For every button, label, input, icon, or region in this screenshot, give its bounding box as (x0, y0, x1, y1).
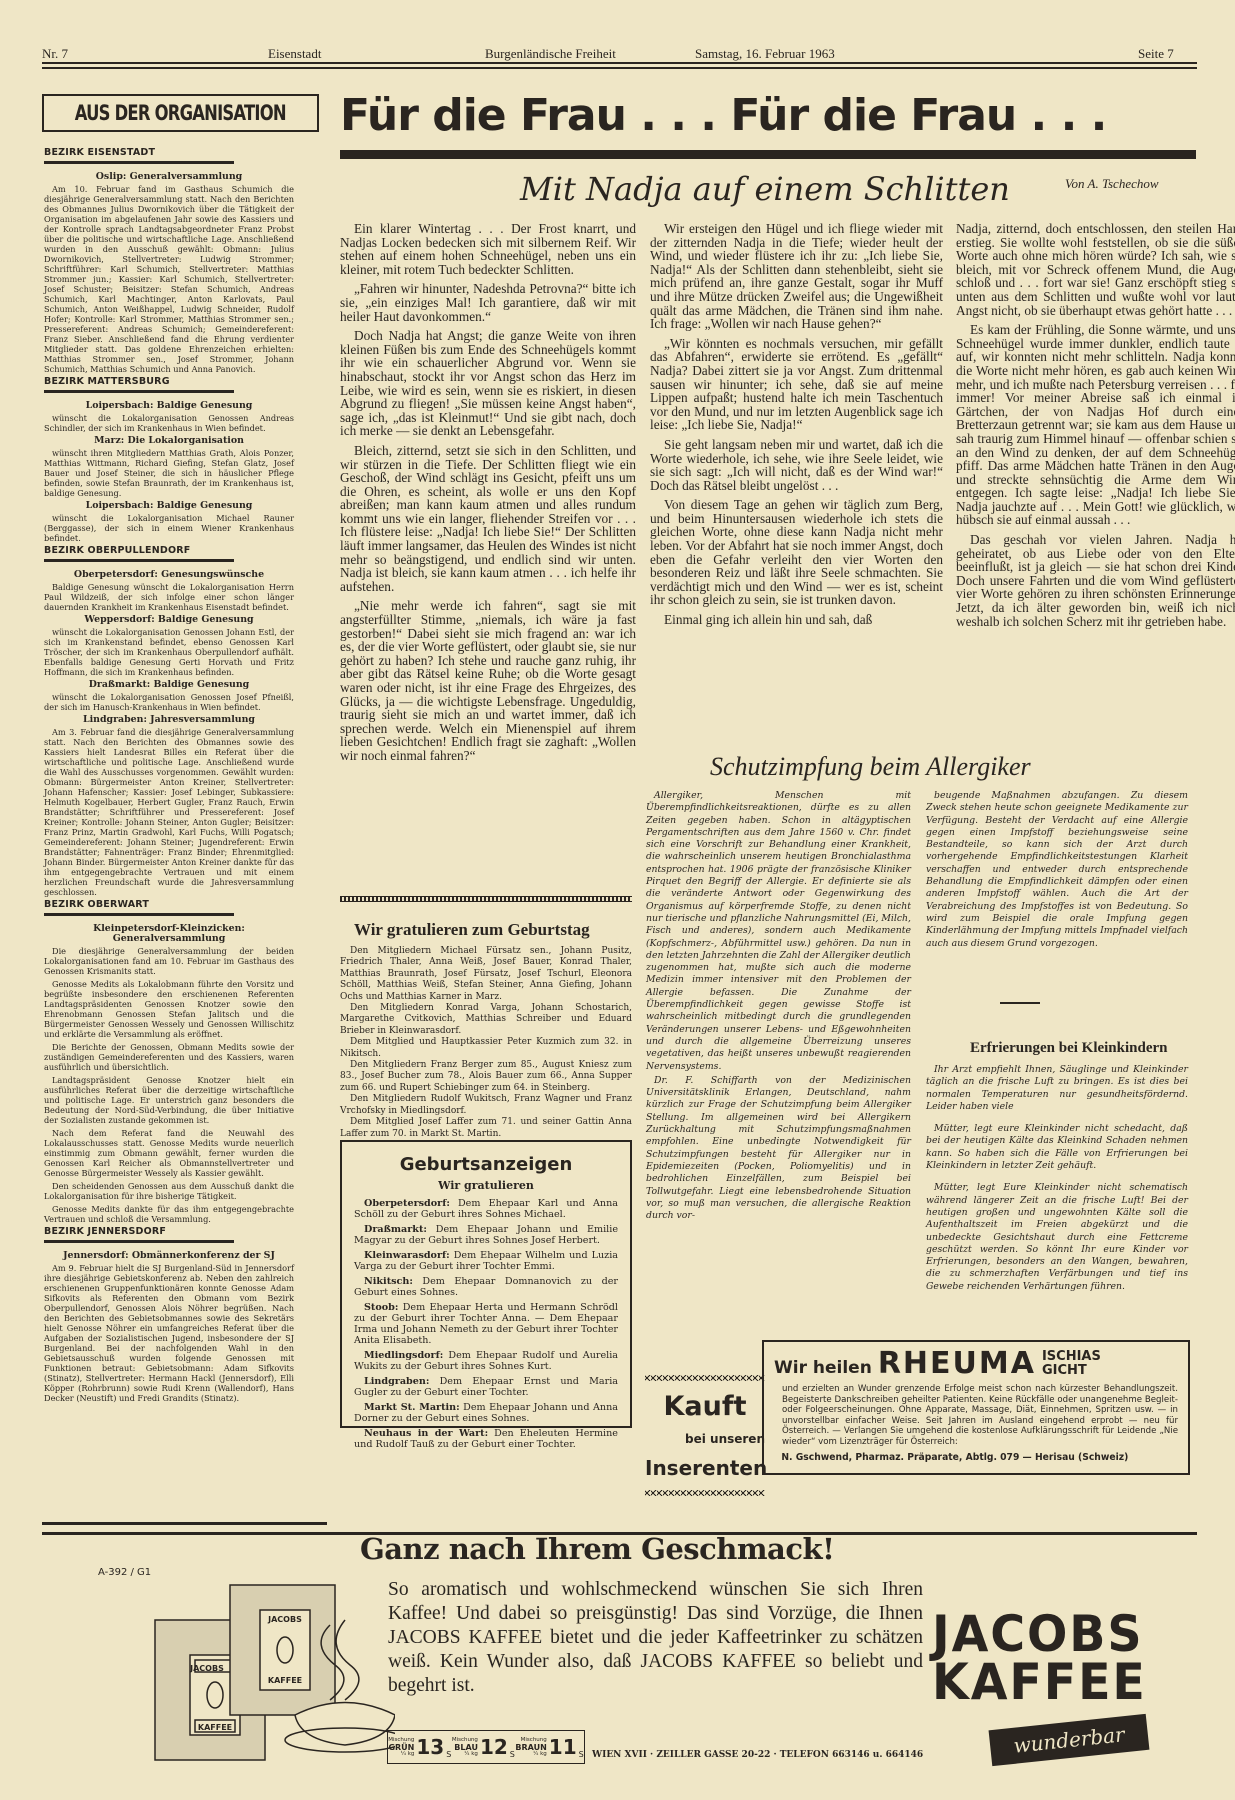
svg-text:KAFFEE: KAFFEE (198, 1723, 232, 1732)
birth-entry: Markt St. Martin: Dem Ehepaar Johann und… (354, 1402, 618, 1424)
kauft-line1: Kauft (645, 1391, 765, 1422)
rheuma-side2: GICHT (1042, 1363, 1087, 1378)
blend-name: BLAU (452, 1744, 478, 1751)
story-column-3: Nadja, zitternd, doch entschlossen, den … (956, 222, 1235, 634)
frostbite-paragraph: Ihr Arzt empfiehlt Ihnen, Säuglinge und … (926, 1064, 1188, 1113)
item-text: wünscht ihren Mitgliedern Matthias Grath… (44, 448, 294, 498)
rheuma-headline: RHEUMA (878, 1350, 1036, 1378)
birth-place: Kleinwarasdorf: (364, 1250, 450, 1261)
item-heading: Jennersdorf: Obmännerkonferenz der SJ (44, 1251, 294, 1261)
org-section-title: AUS DER ORGANISATION (42, 94, 319, 132)
birth-entry: Draßmarkt: Dem Ehepaar Johann und Emilie… (354, 1224, 618, 1246)
jacobs-address: WIEN XVII · ZEILLER GASSE 20-22 · TELEFO… (592, 1750, 923, 1760)
frostbite-text: Ihr Arzt empfiehlt Ihnen, Säuglinge und … (926, 1064, 1188, 1303)
item-text: wünscht die Lokalorganisation Genossen A… (44, 413, 294, 433)
short-divider (1000, 1002, 1040, 1004)
item-heading: Draßmarkt: Baldige Genesung (44, 680, 294, 690)
story-paragraph: Einmal ging ich allein hin und sah, daß (650, 613, 943, 627)
currency: S (446, 1750, 451, 1759)
birth-entry: Lindgraben: Dem Ehepaar Ernst und Maria … (354, 1376, 618, 1398)
district-heading: BEZIRK EISENSTADT (44, 148, 294, 158)
birthday-title: Wir gratulieren zum Geburtstag (354, 920, 632, 940)
zigzag-border (645, 1490, 765, 1496)
rheuma-side1: ISCHIAS (1042, 1349, 1101, 1364)
kauft-line3: Inserenten (645, 1456, 765, 1480)
births-subtitle: Wir gratulieren (354, 1179, 618, 1192)
birthday-entry: Den Mitgliedern Michael Fürsatz sen., Jo… (340, 946, 632, 1003)
currency: S (510, 1750, 515, 1759)
item-heading: Oslip: Generalversammlung (44, 172, 294, 182)
district-heading: BEZIRK MATTERSBURG (44, 377, 294, 387)
rheuma-lead: Wir heilen (774, 1358, 872, 1378)
masthead-rule (42, 62, 1197, 69)
birth-place: Miedlingsdorf: (364, 1350, 443, 1361)
district-rule (44, 913, 234, 916)
birth-entry: Stoob: Dem Ehepaar Herta und Hermann Sch… (354, 1302, 618, 1346)
org-column: BEZIRK EISENSTADTOslip: Generalversammlu… (44, 148, 294, 1406)
coffee-tins-illustration: JACOBS KAFFEE JACOBS KAFFEE (95, 1565, 395, 1765)
kauft-line2: bei unseren (645, 1432, 765, 1446)
org-end-rule (42, 1522, 327, 1525)
birthday-entry: Dem Mitglied und Hauptkassier Peter Kuzm… (340, 1037, 632, 1060)
svg-text:KAFFEE: KAFFEE (268, 1676, 302, 1685)
item-heading: Loipersbach: Baldige Genesung (44, 501, 294, 511)
item-text: Die diesjährige Generalversammlung der b… (44, 946, 294, 976)
story-column-2: Wir ersteigen den Hügel und ich fliege w… (650, 222, 943, 633)
birth-entry: Oberpetersdorf: Dem Ehepaar Karl und Ann… (354, 1198, 618, 1220)
item-text: Baldige Genesung wünscht die Lokalorgani… (44, 582, 294, 612)
birth-entry: Kleinwarasdorf: Dem Ehepaar Wilhelm und … (354, 1250, 618, 1272)
wunderbar-badge: wunderbar (989, 1714, 1150, 1766)
birth-place: Neuhaus in der Wart: (364, 1428, 488, 1439)
story-paragraph: Doch Nadja hat Angst; die ganze Weite vo… (340, 329, 636, 438)
divider (340, 896, 632, 902)
story-paragraph: Es kam der Frühling, die Sonne wärmte, u… (956, 323, 1235, 527)
item-heading: Kleinpetersdorf-Kleinzicken: Generalvers… (44, 924, 294, 944)
jacobs-body: So aromatisch und wohlschmeckend wünsche… (388, 1578, 923, 1698)
item-text: Am 9. Februar hielt die SJ Burgenland-Sü… (44, 1263, 294, 1403)
price-item: MischungBRAUN¼ kg11S (515, 1735, 583, 1759)
price-value: 12 (480, 1735, 508, 1759)
birth-place: Draßmarkt: (364, 1224, 427, 1235)
item-text: Genosse Medits dankte für das ihm entgeg… (44, 1204, 294, 1224)
item-text: wünscht die Lokalorganisation Genossen J… (44, 627, 294, 677)
price-item: MischungBLAU¼ kg12S (452, 1735, 515, 1759)
place: Eisenstadt (268, 46, 321, 62)
rheuma-ad: Wir heilen RHEUMA ISCHIASGICHT und erzie… (762, 1340, 1190, 1475)
district-rule (44, 559, 234, 562)
item-heading: Lindgraben: Jahresversammlung (44, 715, 294, 725)
story-paragraph: Bleich, zitternd, setzt sie sich in den … (340, 444, 636, 594)
price-value: 13 (416, 1735, 444, 1759)
jacobs-brand: JACOBS KAFFEE (932, 1610, 1147, 1706)
price-box: MischungGRÜN¼ kg13SMischungBLAU¼ kg12SMi… (387, 1730, 585, 1764)
item-text: Nach dem Referat fand die Neuwahl des Lo… (44, 1128, 294, 1178)
birthday-entry: Dem Mitglied Josef Laffer zum 71. und se… (340, 1117, 632, 1140)
district-rule (44, 390, 234, 393)
birth-entry: Neuhaus in der Wart: Den Eheleuten Hermi… (354, 1428, 618, 1450)
story-author: Von A. Tschechow (1065, 176, 1159, 192)
currency: S (579, 1750, 584, 1759)
birthday-list: Den Mitgliedern Michael Fürsatz sen., Jo… (340, 946, 632, 1140)
story-column-1: Ein klarer Wintertag . . . Der Frost kna… (340, 222, 636, 769)
price-label: MischungGRÜN¼ kg (388, 1737, 414, 1758)
issue-date: Samstag, 16. Februar 1963 (695, 46, 835, 62)
story-paragraph: Von diesem Tage an gehen wir täglich zum… (650, 498, 943, 607)
birth-place: Lindgraben: (364, 1376, 429, 1387)
banner-rule (340, 150, 1196, 159)
women-section-banner: Für die Frau . . . Für die Frau . . . (340, 90, 1106, 141)
page-number: Seite 7 (1138, 46, 1174, 62)
item-heading: Oberpetersdorf: Genesungswünsche (44, 570, 294, 580)
item-text: Am 10. Februar fand im Gasthaus Schumich… (44, 184, 294, 374)
birthday-section: Wir gratulieren zum Geburtstag Den Mitgl… (340, 896, 632, 1140)
story-paragraph: „Fahren wir hinunter, Nadeshda Petrovna?… (340, 282, 636, 323)
frostbite-paragraph: Mütter, legt Eure Kleinkinder nicht sche… (926, 1182, 1188, 1293)
allergy-column-2: beugende Maßnahmen abzufangen. Zu diesem… (926, 790, 1188, 952)
blend-name: BRAUN (515, 1744, 546, 1751)
district-rule (44, 161, 234, 164)
blend-name: GRÜN (388, 1744, 414, 1751)
item-text: Landtagspräsident Genosse Knotzer hielt … (44, 1075, 294, 1125)
frostbite-title: Erfrierungen bei Kleinkindern (970, 1040, 1168, 1057)
issue-number: Nr. 7 (42, 46, 68, 62)
allergy-paragraph: beugende Maßnahmen abzufangen. Zu diesem… (926, 790, 1188, 950)
allergy-paragraph: Allergiker, Menschen mit Überempfindlich… (646, 790, 911, 1073)
birth-place: Stoob: (364, 1302, 398, 1313)
story-paragraph: „Nie mehr werde ich fahren“, sagt sie mi… (340, 599, 636, 762)
birth-entry: Nikitsch: Dem Ehepaar Domnanovich zu der… (354, 1276, 618, 1298)
allergy-column-1: Allergiker, Menschen mit Überempfindlich… (646, 790, 911, 1224)
birth-place: Oberpetersdorf: (364, 1198, 450, 1209)
item-heading: Loipersbach: Baldige Genesung (44, 401, 294, 411)
district-heading: BEZIRK OBERWART (44, 900, 294, 910)
district-rule (44, 1240, 234, 1243)
item-text: Die Berichte der Genossen, Obmann Medits… (44, 1042, 294, 1072)
birthday-entry: Den Mitgliedern Rudolf Wukitsch, Franz W… (340, 1094, 632, 1117)
births-list: Oberpetersdorf: Dem Ehepaar Karl und Ann… (354, 1198, 618, 1450)
story-paragraph: Nadja, zitternd, doch entschlossen, den … (956, 222, 1235, 317)
rheuma-footer: N. Gschwend, Pharmaz. Präparate, Abtlg. … (774, 1452, 1146, 1463)
birth-entry: Miedlingsdorf: Dem Ehepaar Rudolf und Au… (354, 1350, 618, 1372)
item-text: wünscht die Lokalorganisation Michael Ra… (44, 513, 294, 543)
price-item: MischungGRÜN¼ kg13S (388, 1735, 451, 1759)
births-title: Geburtsanzeigen (354, 1154, 618, 1175)
story-paragraph: Ein klarer Wintertag . . . Der Frost kna… (340, 222, 636, 276)
allergy-paragraph: Dr. F. Schiffarth von der Medizinischen … (646, 1075, 911, 1223)
svg-text:JACOBS: JACOBS (189, 1664, 224, 1673)
item-text: Den scheidenden Genossen aus dem Ausschu… (44, 1181, 294, 1201)
district-heading: BEZIRK JENNERSDORF (44, 1227, 294, 1237)
rheuma-body: und erzielten an Wunder grenzende Erfolg… (774, 1384, 1178, 1448)
brand-line1: JACOBS (932, 1610, 1147, 1658)
kauft-ad: Kauft bei unseren Inserenten (645, 1375, 765, 1496)
frostbite-paragraph: Mütter, legt eure Kleinkinder nicht sche… (926, 1123, 1188, 1172)
story-title: Mit Nadja auf einem Schlitten (520, 170, 1010, 208)
price-label: MischungBLAU¼ kg (452, 1737, 478, 1758)
story-paragraph: Sie geht langsam neben mir und wartet, d… (650, 438, 943, 492)
item-text: wünscht die Lokalorganisation Genossen J… (44, 692, 294, 712)
births-box: Geburtsanzeigen Wir gratulieren Oberpete… (340, 1140, 632, 1428)
birth-place: Nikitsch: (364, 1276, 413, 1287)
price-label: MischungBRAUN¼ kg (515, 1737, 546, 1758)
story-paragraph: Wir ersteigen den Hügel und ich fliege w… (650, 222, 943, 331)
allergy-title: Schutzimpfung beim Allergiker (710, 752, 1031, 782)
district-heading: BEZIRK OBERPULLENDORF (44, 546, 294, 556)
story-paragraph: Das geschah vor vielen Jahren. Nadja hat… (956, 533, 1235, 628)
item-text: Genosse Medits als Lokalobmann führte de… (44, 979, 294, 1039)
item-heading: Marz: Die Lokalorganisation (44, 436, 294, 446)
story-paragraph: „Wir könnten es nochmals versuchen, mir … (650, 337, 943, 432)
birthday-entry: Den Mitgliedern Konrad Varga, Johann Sch… (340, 1003, 632, 1037)
item-heading: Weppersdorf: Baldige Genesung (44, 615, 294, 625)
newspaper-name: Burgenländische Freiheit (485, 46, 616, 62)
jacobs-headline: Ganz nach Ihrem Geschmack! (360, 1532, 834, 1566)
svg-text:JACOBS: JACOBS (267, 1615, 302, 1624)
brand-line2: KAFFEE (932, 1658, 1147, 1706)
birth-place: Markt St. Martin: (364, 1402, 460, 1413)
price-value: 11 (549, 1735, 577, 1759)
birthday-entry: Den Mitgliedern Franz Berger zum 85., Au… (340, 1060, 632, 1094)
zigzag-border (645, 1375, 765, 1381)
item-text: Am 3. Februar fand die diesjährige Gener… (44, 727, 294, 897)
